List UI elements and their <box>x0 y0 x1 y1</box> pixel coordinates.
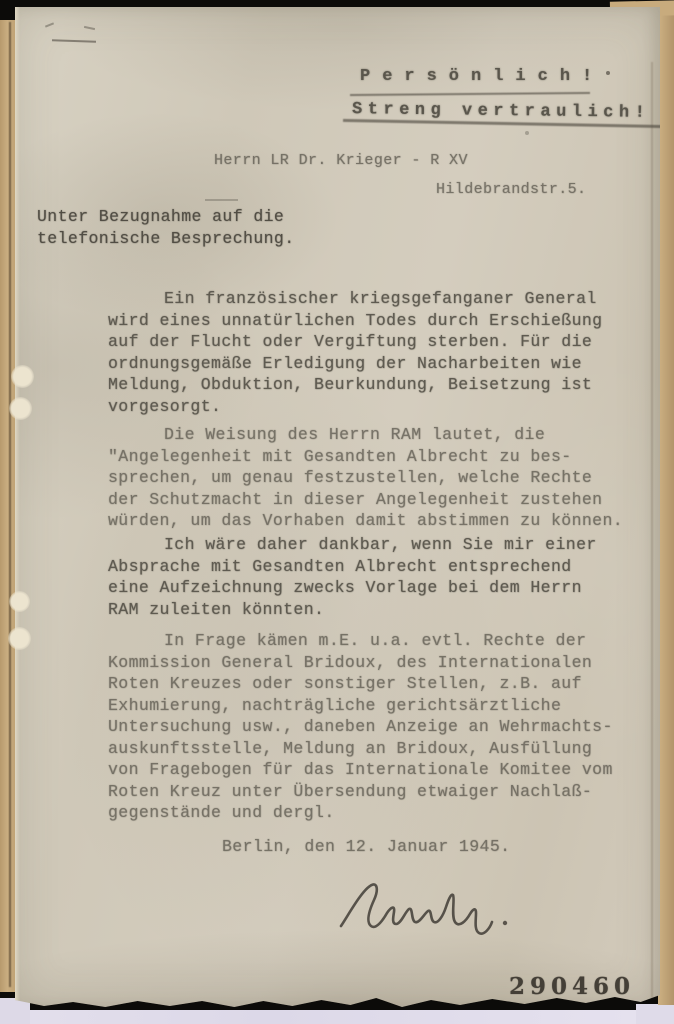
pencil-dash-mark <box>205 199 238 201</box>
document-page: Persönlich! Streng vertraulich! Herrn LR… <box>15 7 660 1007</box>
binding-crack-line <box>9 22 11 987</box>
hole-punch-spot-3 <box>9 591 30 612</box>
scanner-bed-corner-right <box>636 1004 674 1024</box>
pencil-tick-mark-1 <box>45 22 54 27</box>
page-fold-line <box>651 62 653 1002</box>
page-left-edge <box>15 7 20 1007</box>
underlying-page-edge-right <box>658 10 674 1005</box>
dateline: Berlin, den 12. Januar 1945. <box>222 836 510 858</box>
paragraph-4: In Frage kämen m.E. u.a. evtl. Rechte de… <box>108 630 673 824</box>
binding-edge <box>0 20 16 992</box>
handwritten-signature <box>333 876 523 938</box>
stamp-personal: Persönlich! <box>360 66 604 88</box>
recipient-address-line: Hildebrandstr.5. <box>436 179 586 201</box>
reference-note: Unter Bezugnahme auf die telefonische Be… <box>37 206 295 249</box>
stamp-personal-underline <box>350 92 590 96</box>
paragraph-3: Ich wäre daher dankbar, wenn Sie mir ein… <box>108 534 668 620</box>
scanned-letter: Persönlich! Streng vertraulich! Herrn LR… <box>0 0 674 1024</box>
archive-number-stamp: 290460 <box>509 973 635 1000</box>
stamp-confidential-dot <box>525 131 529 135</box>
hole-punch-spot-2 <box>9 397 32 420</box>
pencil-tick-mark-2 <box>84 26 95 30</box>
scanner-bed <box>0 1010 674 1024</box>
recipient-name-line: Herrn LR Dr. Krieger - R XV <box>214 150 468 172</box>
stamp-personal-dot <box>606 71 610 75</box>
paragraph-1: Ein französischer kriegsgefanganer Gener… <box>108 288 668 417</box>
hole-punch-spot-4 <box>8 627 31 650</box>
paragraph-2: Die Weisung des Herrn RAM lautet, die "A… <box>108 424 673 532</box>
pencil-line-mark <box>52 39 96 43</box>
hole-punch-spot-1 <box>11 365 34 388</box>
